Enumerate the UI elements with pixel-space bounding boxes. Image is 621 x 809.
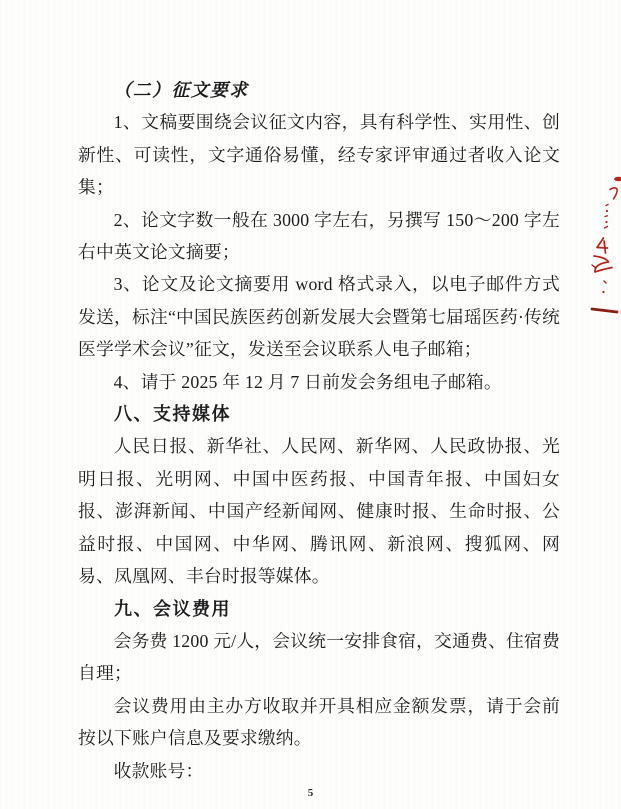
page-number: 5 <box>0 787 621 799</box>
paragraph-fee-amount: 会务费 1200 元/人，会议统一安排食宿，交通费、住宿费自理； <box>78 625 560 690</box>
paragraph-requirement-2: 2、论文字数一般在 3000 字左右，另撰写 150～200 字左右中英文论文摘… <box>78 204 560 269</box>
paragraph-media-list: 人民日报、新华社、人民网、新华网、人民政协报、光明日报、光明网、中国中医药报、中… <box>78 430 560 592</box>
paragraph-requirement-1: 1、文稿要围绕会议征文内容，具有科学性、实用性、创新性、可读性，文字通俗易懂，经… <box>78 106 560 203</box>
document-page: （二）征文要求 1、文稿要围绕会议征文内容，具有科学性、实用性、创新性、可读性，… <box>0 0 621 809</box>
heading-supporting-media: 八、支持媒体 <box>78 398 560 430</box>
red-handwriting-annotation-icon <box>580 162 621 327</box>
paragraph-fee-payment: 会议费用由主办方收取并开具相应金额发票，请于会前按以下账户信息及要求缴纳。 <box>78 690 560 755</box>
section-heading-call-for-papers-requirements: （二）征文要求 <box>78 74 560 106</box>
heading-conference-fees: 九、会议费用 <box>78 593 560 625</box>
label-payment-account: 收款账号： <box>78 755 560 787</box>
document-body: （二）征文要求 1、文稿要围绕会议征文内容，具有科学性、实用性、创新性、可读性，… <box>78 74 560 787</box>
paragraph-requirement-4: 4、请于 2025 年 12 月 7 日前发会务组电子邮箱。 <box>78 366 560 398</box>
paragraph-requirement-3: 3、论文及论文摘要用 word 格式录入，以电子邮件方式发送，标注“中国民族医药… <box>78 268 560 365</box>
